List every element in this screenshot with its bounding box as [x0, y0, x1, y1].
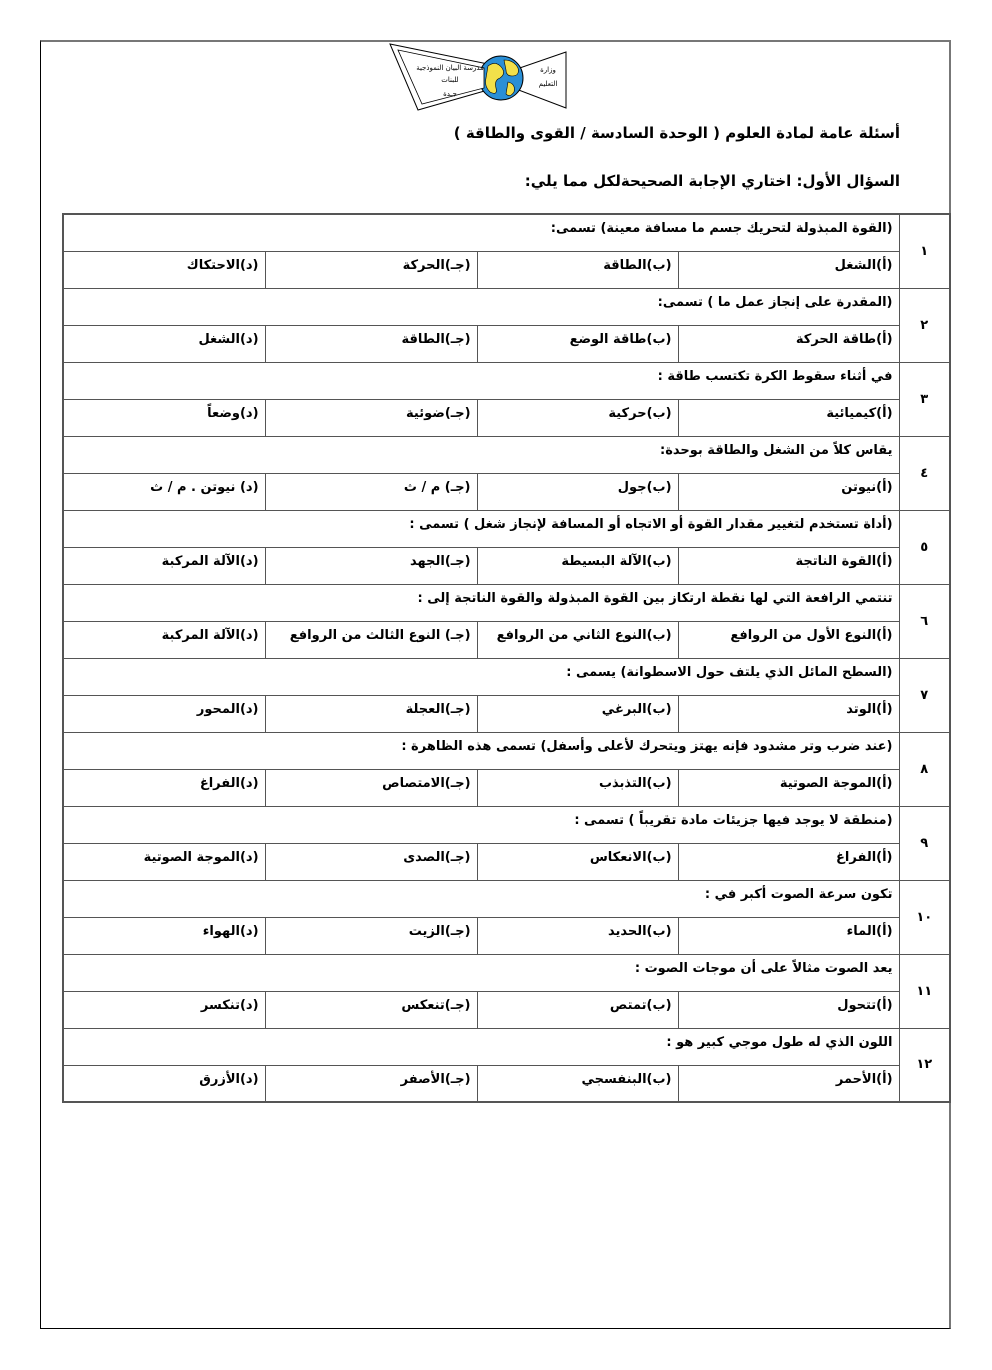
option-c[interactable]: (جـ) النوع الثالث من الروافع	[265, 621, 477, 658]
question-number: ٨	[899, 732, 950, 806]
question-number: ٥	[899, 510, 950, 584]
option-d[interactable]: (د)الأزرق	[63, 1065, 265, 1102]
option-d[interactable]: (د)الهواء	[63, 917, 265, 954]
question-number: ٣	[899, 362, 950, 436]
question-number: ٧	[899, 658, 950, 732]
question-text: اللون الذي له طول موجي كبير هو :	[63, 1028, 899, 1065]
question-row: ١٢اللون الذي له طول موجي كبير هو :	[63, 1028, 950, 1065]
option-d[interactable]: (د)الآلة المركبة	[63, 621, 265, 658]
option-a[interactable]: (أ)الموجة الصوتية	[678, 769, 899, 806]
option-a[interactable]: (أ)الماء	[678, 917, 899, 954]
question-number: ٩	[899, 806, 950, 880]
option-a[interactable]: (أ)كيميائية	[678, 399, 899, 436]
question-text: (منطقة لا يوجد فيها جزيئات مادة تقريباً …	[63, 806, 899, 843]
question-number: ١٠	[899, 880, 950, 954]
options-row: (أ)طاقة الحركة(ب)طاقة الوضع(جـ)الطاقة(د)…	[63, 325, 950, 362]
options-row: (أ)الماء(ب)الحديد(جـ)الزيت(د)الهواء	[63, 917, 950, 954]
option-b[interactable]: (ب)الحديد	[477, 917, 678, 954]
page-title: أسئلة عامة لمادة العلوم ( الوحدة السادسة…	[260, 124, 900, 142]
options-row: (أ)نيوتن(ب)جول(جـ) م / ث(د) نيوتن . م / …	[63, 473, 950, 510]
option-a[interactable]: (أ)الفراغ	[678, 843, 899, 880]
question-number: ٤	[899, 436, 950, 510]
option-d[interactable]: (د)الموجة الصوتية	[63, 843, 265, 880]
school-logo: مدرسة البيان النموذجية للبنات جـدة وزارة…	[388, 42, 568, 114]
question-text: يقاس كلاً من الشغل والطاقة بوحدة:	[63, 436, 899, 473]
option-d[interactable]: (د)المحور	[63, 695, 265, 732]
question-text: في أثناء سقوط الكرة تكتسب طاقة :	[63, 362, 899, 399]
question-text: (السطح المائل الذي يلتف حول الاسطوانة) ي…	[63, 658, 899, 695]
question-row: ٨(عند ضرب وتر مشدود فإنه يهتز ويتحرك لأع…	[63, 732, 950, 769]
question-row: ١١يعد الصوت مثالاً على أن موجات الصوت :	[63, 954, 950, 991]
option-c[interactable]: (جـ)الامتصاص	[265, 769, 477, 806]
question-row: ١٠تكون سرعة الصوت أكبر في :	[63, 880, 950, 917]
svg-text:التعليم: التعليم	[539, 80, 558, 88]
options-row: (أ)كيميائية(ب)حركية(جـ)ضوئية(د)وضعاً	[63, 399, 950, 436]
options-row: (أ)الشغل(ب)الطاقة(جـ)الحركة(د)الاحتكاك	[63, 251, 950, 288]
options-row: (أ)الوتد(ب)البرغي(جـ)العجلة(د)المحور	[63, 695, 950, 732]
option-c[interactable]: (جـ)الحركة	[265, 251, 477, 288]
question-number: ١	[899, 214, 950, 288]
question-number: ٦	[899, 584, 950, 658]
question-row: ٥(أداة تستخدم لتغيير مقدار القوة أو الات…	[63, 510, 950, 547]
options-row: (أ)الفراغ(ب)الانعكاس(جـ)الصدى(د)الموجة ا…	[63, 843, 950, 880]
question-text: يعد الصوت مثالاً على أن موجات الصوت :	[63, 954, 899, 991]
question-text: (المقدرة على إنجاز عمل ما ) تسمى:	[63, 288, 899, 325]
option-d[interactable]: (د)تنكسر	[63, 991, 265, 1028]
option-c[interactable]: (جـ)الزيت	[265, 917, 477, 954]
svg-text:جـدة: جـدة	[443, 90, 457, 98]
option-c[interactable]: (جـ)الأصفر	[265, 1065, 477, 1102]
option-b[interactable]: (ب)طاقة الوضع	[477, 325, 678, 362]
question-row: ٧(السطح المائل الذي يلتف حول الاسطوانة) …	[63, 658, 950, 695]
questions-table: ١(القوة المبذولة لتحريك جسم ما مسافة معي…	[62, 213, 951, 1103]
question-row: ٣في أثناء سقوط الكرة تكتسب طاقة :	[63, 362, 950, 399]
globe-logo-icon: مدرسة البيان النموذجية للبنات جـدة وزارة…	[388, 42, 568, 114]
option-a[interactable]: (أ)الأحمر	[678, 1065, 899, 1102]
question-text: تكون سرعة الصوت أكبر في :	[63, 880, 899, 917]
options-row: (أ)القوة الناتجة(ب)الآلة البسيطة(جـ)الجه…	[63, 547, 950, 584]
option-a[interactable]: (أ)الوتد	[678, 695, 899, 732]
option-b[interactable]: (ب)الانعكاس	[477, 843, 678, 880]
section-heading: السؤال الأول: اختاري الإجابة الصحيحةلكل …	[420, 172, 900, 190]
option-d[interactable]: (د)الآلة المركبة	[63, 547, 265, 584]
option-a[interactable]: (أ)تتحول	[678, 991, 899, 1028]
option-d[interactable]: (د)الاحتكاك	[63, 251, 265, 288]
option-b[interactable]: (ب)البرغي	[477, 695, 678, 732]
question-text: (القوة المبذولة لتحريك جسم ما مسافة معين…	[63, 214, 899, 251]
question-row: ٤يقاس كلاً من الشغل والطاقة بوحدة:	[63, 436, 950, 473]
option-c[interactable]: (جـ)ضوئية	[265, 399, 477, 436]
option-c[interactable]: (جـ)الطاقة	[265, 325, 477, 362]
option-d[interactable]: (د)الفراغ	[63, 769, 265, 806]
question-text: (عند ضرب وتر مشدود فإنه يهتز ويتحرك لأعل…	[63, 732, 899, 769]
question-text: تنتمي الرافعة التي لها نقطة ارتكاز بين ا…	[63, 584, 899, 621]
option-d[interactable]: (د) نيوتن . م / ث	[63, 473, 265, 510]
question-row: ٩(منطقة لا يوجد فيها جزيئات مادة تقريباً…	[63, 806, 950, 843]
question-number: ١١	[899, 954, 950, 1028]
question-number: ٢	[899, 288, 950, 362]
option-a[interactable]: (أ)القوة الناتجة	[678, 547, 899, 584]
options-row: (أ)الأحمر(ب)البنفسجي(جـ)الأصفر(د)الأزرق	[63, 1065, 950, 1102]
question-row: ٢(المقدرة على إنجاز عمل ما ) تسمى:	[63, 288, 950, 325]
option-b[interactable]: (ب)الطاقة	[477, 251, 678, 288]
option-a[interactable]: (أ)طاقة الحركة	[678, 325, 899, 362]
option-c[interactable]: (جـ) م / ث	[265, 473, 477, 510]
options-row: (أ)النوع الأول من الروافع(ب)النوع الثاني…	[63, 621, 950, 658]
option-d[interactable]: (د)وضعاً	[63, 399, 265, 436]
option-b[interactable]: (ب)الآلة البسيطة	[477, 547, 678, 584]
option-b[interactable]: (ب)جول	[477, 473, 678, 510]
question-row: ٦تنتمي الرافعة التي لها نقطة ارتكاز بين …	[63, 584, 950, 621]
option-b[interactable]: (ب)النوع الثاني من الروافع	[477, 621, 678, 658]
svg-text:وزارة: وزارة	[540, 66, 556, 74]
option-c[interactable]: (جـ)تنعكس	[265, 991, 477, 1028]
options-row: (أ)تتحول(ب)تمتص(جـ)تنعكس(د)تنكسر	[63, 991, 950, 1028]
options-row: (أ)الموجة الصوتية(ب)التذبذب(جـ)الامتصاص(…	[63, 769, 950, 806]
svg-text:مدرسة البيان النموذجية: مدرسة البيان النموذجية	[416, 64, 484, 72]
option-a[interactable]: (أ)الشغل	[678, 251, 899, 288]
option-b[interactable]: (ب)البنفسجي	[477, 1065, 678, 1102]
option-c[interactable]: (جـ)العجلة	[265, 695, 477, 732]
question-text: (أداة تستخدم لتغيير مقدار القوة أو الاتج…	[63, 510, 899, 547]
option-b[interactable]: (ب)حركية	[477, 399, 678, 436]
option-c[interactable]: (جـ)الصدى	[265, 843, 477, 880]
question-number: ١٢	[899, 1028, 950, 1102]
question-row: ١(القوة المبذولة لتحريك جسم ما مسافة معي…	[63, 214, 950, 251]
option-a[interactable]: (أ)النوع الأول من الروافع	[678, 621, 899, 658]
svg-text:للبنات: للبنات	[441, 76, 458, 84]
option-d[interactable]: (د)الشغل	[63, 325, 265, 362]
option-b[interactable]: (ب)تمتص	[477, 991, 678, 1028]
option-c[interactable]: (جـ)الجهد	[265, 547, 477, 584]
option-a[interactable]: (أ)نيوتن	[678, 473, 899, 510]
option-b[interactable]: (ب)التذبذب	[477, 769, 678, 806]
